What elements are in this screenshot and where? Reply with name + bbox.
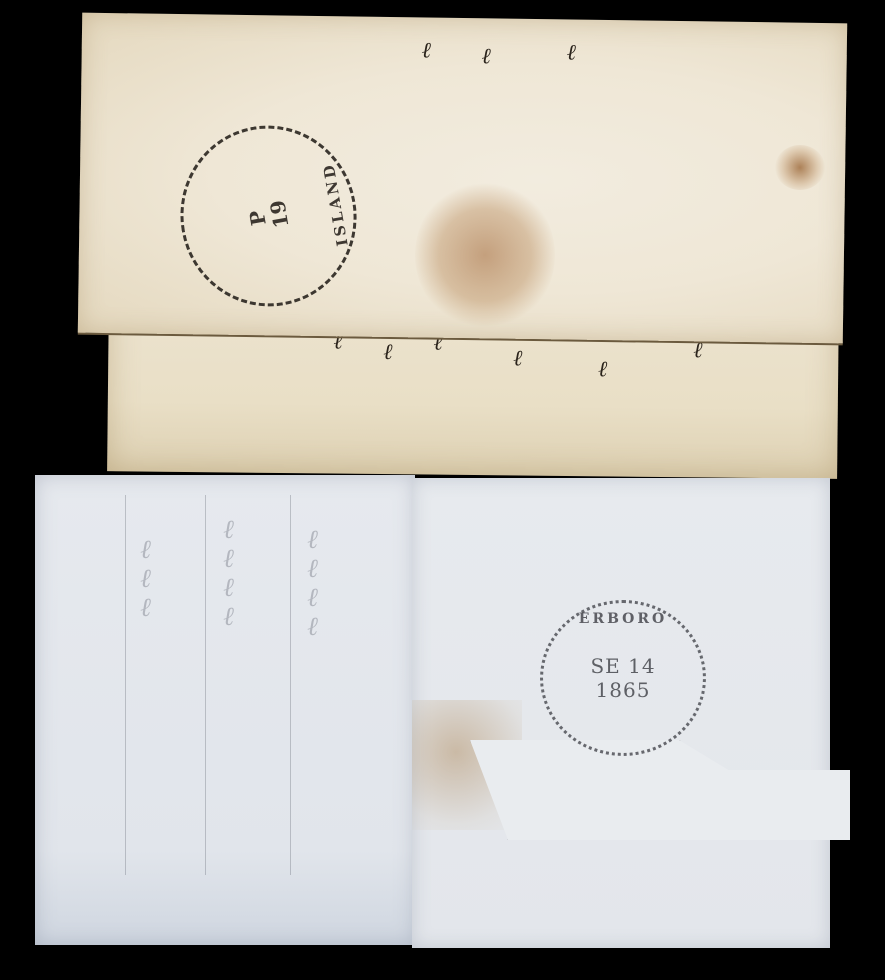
handwriting: ℓ [503, 345, 529, 372]
handwriting: ℓ [557, 39, 583, 66]
fold-line [205, 495, 206, 875]
handwriting: ℓ [588, 356, 614, 383]
postmark-year: 1865 [596, 678, 651, 702]
dated-postmark: ERBORO SE 14 1865 [540, 600, 706, 756]
postmark-date: SE 14 [590, 654, 655, 678]
brown-spot-stain [775, 145, 825, 190]
wax-seal-stain [415, 180, 555, 330]
handwriting: ℓ [373, 339, 399, 366]
bleed-through-writing: ℓℓℓ [130, 535, 160, 622]
bottom-cover-left-panel: ℓℓℓ ℓℓℓℓ ℓℓℓℓ [35, 475, 415, 945]
fold-line [290, 495, 291, 875]
handwriting: ℓ [472, 43, 498, 70]
bleed-through-writing: ℓℓℓℓ [213, 515, 243, 631]
fold-line [125, 495, 126, 875]
postmark-arc-text: ERBORO [579, 611, 667, 627]
handwriting: ℓ [412, 37, 438, 64]
postmark-day: 19 [266, 198, 293, 229]
bleed-through-writing: ℓℓℓℓ [297, 525, 327, 641]
